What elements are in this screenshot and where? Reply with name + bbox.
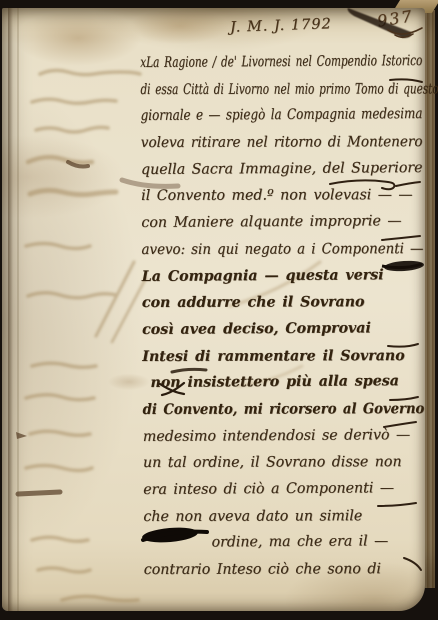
manuscript-line: un tal ordine, il Sovrano disse non	[143, 449, 425, 477]
manuscript-line: che non aveva dato un simile	[143, 503, 425, 531]
page-number-underline	[388, 28, 422, 37]
manuscript-line: giornale e — spiegò la Compagnia medesim…	[141, 102, 378, 130]
manuscript-line: con Maniere alquante improprie —	[141, 208, 423, 237]
manuscript-line: ordine, ma che era il —	[211, 528, 425, 556]
manuscript-line: Intesi di rammentare il Sovrano	[142, 343, 424, 371]
manuscript-line: medesimo intendendosi se derivò —	[143, 422, 425, 451]
manuscript-line: di Convento, mi ricorsero al Governo	[143, 396, 405, 424]
manuscript-line: con addurre che il Sovrano	[142, 289, 424, 317]
manuscript-line: così avea deciso, Comprovai	[142, 315, 424, 344]
manuscript-page: J. M. J. 1792 937 xLa Ragione / de' Livo…	[2, 8, 425, 611]
manuscript-line: xLa Ragione / de' Livornesi nel Compendi…	[140, 49, 348, 77]
book-photo-frame: J. M. J. 1792 937 xLa Ragione / de' Livo…	[0, 0, 438, 620]
paper-fold-line	[17, 8, 19, 611]
manuscript-line: non insistettero più alla spesa	[150, 368, 424, 397]
manuscript-line: di essa Città di Livorno nel mio primo T…	[140, 76, 347, 103]
date-header: J. M. J. 1792	[230, 16, 332, 36]
binding-gutter-shadow	[8, 8, 13, 611]
manuscript-line: La Compagnia — questa versi	[142, 262, 424, 291]
manuscript-text-block: xLa Ragione / de' Livornesi nel Compendi…	[140, 48, 432, 584]
manuscript-line: contrario Inteso ciò che sono di	[144, 556, 426, 584]
manuscript-line: quella Sacra Immagine, del Superiore	[141, 155, 423, 184]
manuscript-line: voleva ritirare nel ritorno di Montenero	[141, 129, 410, 157]
manuscript-line: era inteso di ciò a Componenti —	[143, 475, 425, 504]
manuscript-line: il Convento med.º non volevasi — —	[141, 182, 423, 210]
manuscript-line: avevo: sin qui negato a i Componenti —	[141, 236, 407, 264]
page-number: 937	[376, 6, 415, 30]
